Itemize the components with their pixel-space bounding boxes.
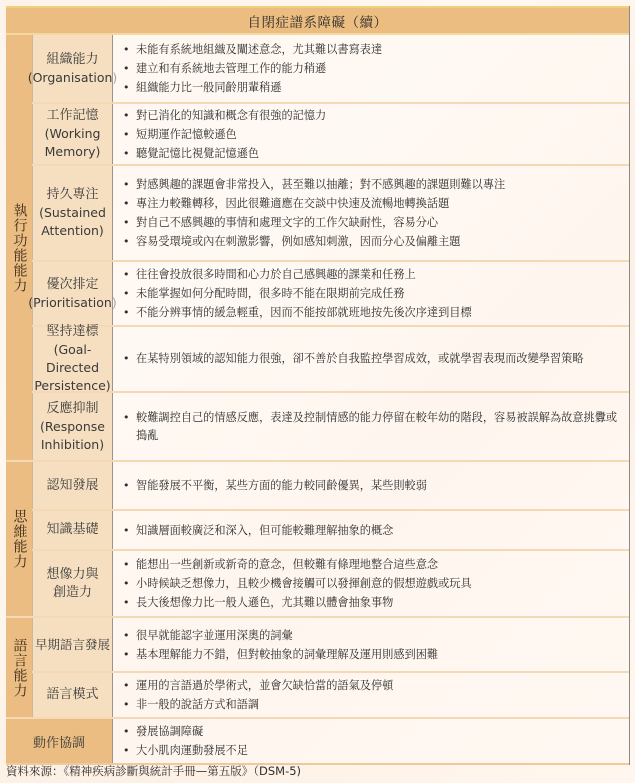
row-label: 語言模式 [32, 673, 113, 717]
row-label-en: (Goal-Directed Persistence) [34, 341, 111, 395]
category-label: 思維能力 [6, 462, 32, 616]
table-row-motor-coordination: 動作協調 發展協調障礙 大小肌肉運動發展不足 [6, 719, 629, 765]
row-content: 未能有系統地組織及闡述意念，尤其難以書寫表達 建立和有系統地去管理工作的能力稍遜… [113, 35, 629, 102]
list-item: 對感興趣的課題會非常投入，甚至難以抽離；對不感興趣的課題則難以專注 [121, 175, 621, 194]
row-label-en: (Working Memory) [34, 125, 111, 161]
list-item: 往往會投放很多時間和心力於自己感興趣的課業和任務上 [121, 265, 621, 284]
list-item: 未能掌握如何分配時間，很多時不能在限期前完成任務 [121, 284, 621, 303]
row-label-zh: 堅持達標 [46, 323, 98, 341]
table-row-organisation: 組織能力 (Organisation) 未能有系統地組織及闡述意念，尤其難以書寫… [32, 35, 629, 104]
row-label-en: (Sustained Attention) [34, 204, 111, 240]
row-label-en: (Organisation) [28, 69, 118, 87]
group-thinking: 思維能力 認知發展 智能發展不平衡，某些方面的能力較同齡優異，某些則較弱 知識基… [6, 462, 629, 618]
row-content: 往往會投放很多時間和心力於自己感興趣的課業和任務上 未能掌握如何分配時間，很多時… [113, 262, 629, 325]
row-label-zh: 語言模式 [46, 686, 98, 704]
category-label: 執行功能能力 [6, 35, 32, 460]
row-content: 在某特別領域的認知能力很強，卻不善於自我監控學習成效，或就學習表現而改變學習策略 [113, 327, 629, 391]
list-item: 長大後想像力比一般人遜色，尤其難以體會抽象事物 [121, 593, 621, 612]
motor-label: 動作協調 [6, 719, 113, 763]
row-label-zh: 認知發展 [46, 477, 98, 495]
group-language: 語言能力 早期語言發展 很早就能認字並運用深奧的詞彙 基本理解能力不錯，但對較抽… [6, 618, 629, 719]
row-label: 持久專注 (Sustained Attention) [32, 166, 113, 260]
list-item: 建立和有系統地去管理工作的能力稍遜 [121, 59, 621, 78]
table-row-sustained-attention: 持久專注 (Sustained Attention) 對感興趣的課題會非常投入，… [32, 166, 629, 262]
row-label: 工作記憶 (Working Memory) [32, 104, 113, 164]
row-label: 想像力與創造力 [32, 551, 113, 616]
table-row-early-language: 早期語言發展 很早就能認字並運用深奧的詞彙 基本理解能力不錯，但對較抽象的詞彙理… [32, 618, 629, 673]
row-content: 知識層面較廣泛和深入，但可能較難理解抽象的概念 [113, 511, 629, 549]
row-content: 對感興趣的課題會非常投入，甚至難以抽離；對不感興趣的課題則難以專注 專注力較難轉… [113, 166, 629, 260]
row-label-en: (Response Inhibition) [34, 418, 111, 454]
row-label: 反應抑制 (Response Inhibition) [32, 393, 113, 460]
table-row-response-inhibition: 反應抑制 (Response Inhibition) 較難調控自己的情感反應，表… [32, 393, 629, 460]
row-label: 知識基礎 [32, 511, 113, 549]
list-item: 發展協調障礙 [121, 722, 621, 741]
list-item: 大小肌肉運動發展不足 [121, 741, 621, 760]
table-row-working-memory: 工作記憶 (Working Memory) 對已消化的知識和概念有很強的記憶力 … [32, 104, 629, 166]
row-label-zh: 優次排定 [46, 276, 98, 294]
list-item: 對自己不感興趣的事情和處理文字的工作欠缺耐性，容易分心 [121, 213, 621, 232]
row-label-zh: 知識基礎 [46, 521, 98, 539]
row-label: 認知發展 [32, 462, 113, 509]
row-label: 優次排定 (Prioritisation) [32, 262, 113, 325]
row-content: 發展協調障礙 大小肌肉運動發展不足 [113, 719, 629, 763]
list-item: 組織能力比一般同齡朋輩稍遜 [121, 78, 621, 97]
list-item: 很早就能認字並運用深奧的詞彙 [121, 626, 621, 645]
row-label-zh: 持久專注 [46, 186, 98, 204]
list-item: 未能有系統地組織及闡述意念，尤其難以書寫表達 [121, 40, 621, 59]
list-item: 在某特別領域的認知能力很強，卻不善於自我監控學習成效，或就學習表現而改變學習策略 [121, 350, 621, 368]
source-note: 資料來源：《精神疾病診斷與統計手冊—第五版》（DSM-5) [6, 763, 301, 779]
row-label: 堅持達標 (Goal-Directed Persistence) [32, 327, 113, 391]
group-executive-function: 執行功能能力 組織能力 (Organisation) 未能有系統地組織及闡述意念… [6, 35, 629, 462]
row-label-zh: 想像力與創造力 [45, 566, 100, 602]
row-label-zh: 工作記憶 [46, 107, 98, 125]
asd-characteristics-table: 自閉症譜系障礙（續） 執行功能能力 組織能力 (Organisation) 未能… [6, 6, 630, 765]
list-item: 智能發展不平衡，某些方面的能力較同齡優異，某些則較弱 [121, 476, 621, 495]
list-item: 能想出一些創新或新奇的意念，但較難有條理地整合這些意念 [121, 555, 621, 574]
row-content: 運用的言語過於學術式，並會欠缺恰當的語氣及停頓 非一般的說話方式和語調 [113, 673, 629, 717]
category-label: 語言能力 [6, 618, 32, 717]
row-content: 智能發展不平衡，某些方面的能力較同齡優異，某些則較弱 [113, 462, 629, 509]
list-item: 容易受環境或內在刺激影響，例如感知刺激，因而分心及偏離主題 [121, 232, 621, 251]
list-item: 短期運作記憶較遜色 [121, 125, 621, 144]
list-item: 較難調控自己的情感反應，表達及控制情感的能力停留在較年幼的階段，容易被誤解為故意… [121, 409, 621, 445]
row-content: 能想出一些創新或新奇的意念，但較難有條理地整合這些意念 小時候缺乏想像力，且較少… [113, 551, 629, 616]
list-item: 對已消化的知識和概念有很強的記憶力 [121, 106, 621, 125]
table-row-cognitive-development: 認知發展 智能發展不平衡，某些方面的能力較同齡優異，某些則較弱 [32, 462, 629, 511]
row-label: 組織能力 (Organisation) [32, 35, 113, 102]
list-item: 知識層面較廣泛和深入，但可能較難理解抽象的概念 [121, 521, 621, 540]
list-item: 非一般的說話方式和語調 [121, 695, 621, 714]
list-item: 專注力較難轉移，因此很難適應在交談中快速及流暢地轉換話題 [121, 194, 621, 213]
list-item: 基本理解能力不錯，但對較抽象的詞彙理解及運用則感到困難 [121, 645, 621, 664]
table-row-goal-directed-persistence: 堅持達標 (Goal-Directed Persistence) 在某特別領域的… [32, 327, 629, 393]
row-label-zh: 組織能力 [46, 51, 98, 69]
table-title: 自閉症譜系障礙（續） [6, 6, 629, 35]
row-label-zh: 反應抑制 [46, 400, 98, 418]
row-label-en: (Prioritisation) [28, 294, 116, 312]
row-content: 較難調控自己的情感反應，表達及控制情感的能力停留在較年幼的階段，容易被誤解為故意… [113, 393, 629, 460]
table-row-imagination-creativity: 想像力與創造力 能想出一些創新或新奇的意念，但較難有條理地整合這些意念 小時候缺… [32, 551, 629, 616]
list-item: 運用的言語過於學術式，並會欠缺恰當的語氣及停頓 [121, 676, 621, 695]
table-row-language-pattern: 語言模式 運用的言語過於學術式，並會欠缺恰當的語氣及停頓 非一般的說話方式和語調 [32, 673, 629, 717]
table-row-knowledge-base: 知識基礎 知識層面較廣泛和深入，但可能較難理解抽象的概念 [32, 511, 629, 551]
list-item: 不能分辨事情的緩急輕重，因而不能按部就班地按先後次序達到目標 [121, 303, 621, 322]
row-content: 很早就能認字並運用深奧的詞彙 基本理解能力不錯，但對較抽象的詞彙理解及運用則感到… [113, 618, 629, 671]
row-content: 對已消化的知識和概念有很強的記憶力 短期運作記憶較遜色 聽覺記憶比視覺記憶遜色 [113, 104, 629, 164]
table-row-prioritisation: 優次排定 (Prioritisation) 往往會投放很多時間和心力於自己感興趣… [32, 262, 629, 327]
row-label: 早期語言發展 [32, 618, 113, 671]
list-item: 小時候缺乏想像力，且較少機會接觸可以發揮創意的假想遊戲或玩具 [121, 574, 621, 593]
list-item: 聽覺記憶比視覺記憶遜色 [121, 144, 621, 163]
row-label-zh: 早期語言發展 [35, 636, 110, 654]
